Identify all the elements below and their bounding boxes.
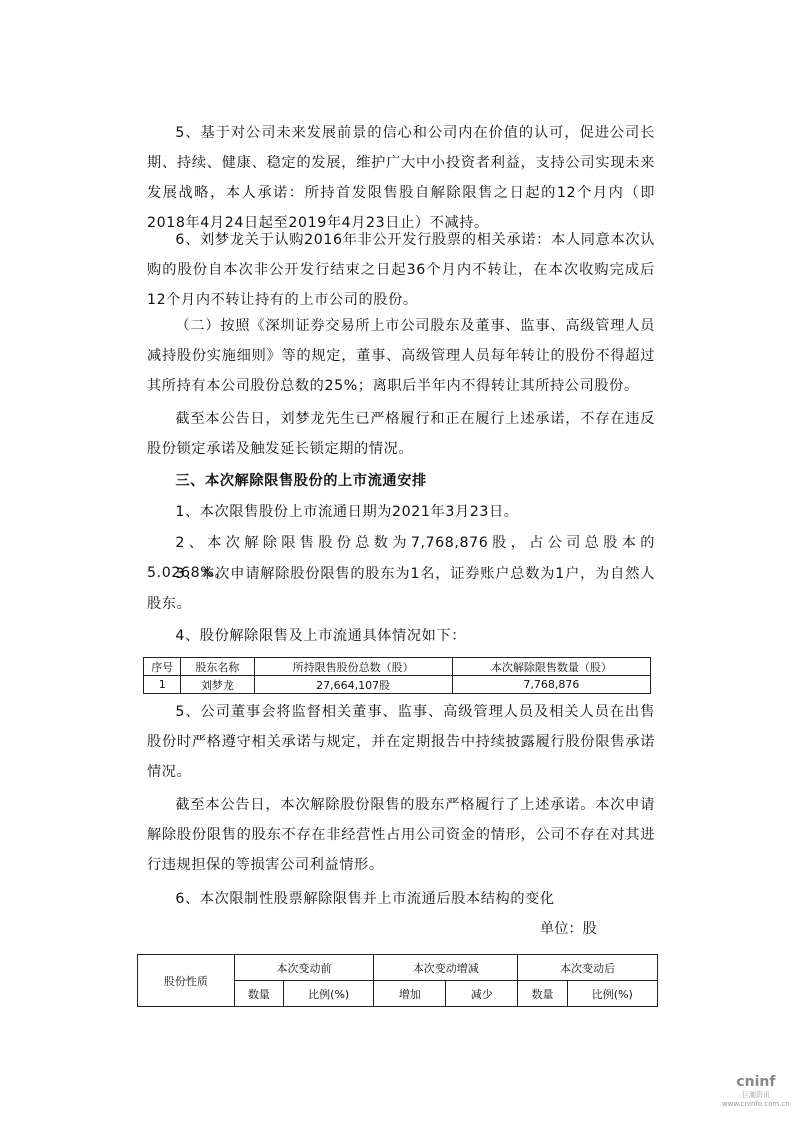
- section-heading: 三、本次解除限售股份的上市流通安排: [147, 466, 655, 496]
- unit-label: 单位：股: [540, 918, 597, 938]
- para-status: 截至本公告日，刘梦龙先生已严格履行和正在履行上述承诺，不存在违反股份锁定承诺及触…: [147, 404, 655, 464]
- item-6: 6、本次限制性股票解除限售并上市流通后股本结构的变化: [147, 884, 655, 914]
- item-4: 4、股份解除限售及上市流通具体情况如下：: [147, 621, 655, 651]
- para-5: 5、基于对公司未来发展前景的信心和公司内在价值的认可，促进公司长期、持续、健康、…: [147, 118, 655, 238]
- cninfo-logo: cninf 巨潮资讯 www.cninfo.com.cn: [722, 1074, 790, 1108]
- item-1: 1、本次限售股份上市流通日期为2021年3月23日。: [147, 497, 655, 527]
- item-5: 5、公司董事会将监督相关董事、监事、高级管理人员及相关人员在出售股份时严格遵守相…: [147, 697, 655, 787]
- item-3: 3、本次申请解除股份限售的股东为1名，证券账户总数为1户，为自然人股东。: [147, 559, 655, 619]
- share-structure-table: 股份性质本次变动前本次变动增减本次变动后 数量比例(%)增加减少数量比例(%): [137, 954, 658, 1007]
- release-table: 序号股东名称所持限售股份总数（股）本次解除限售数量（股） 1刘梦龙27,664,…: [143, 657, 651, 694]
- para-compliance: 截至本公告日，本次解除股份限售的股东严格履行了上述承诺。本次申请解除股份限售的股…: [147, 790, 655, 880]
- para-6: 6、刘梦龙关于认购2016年非公开发行股票的相关承诺：本人同意本次认购的股份自本…: [147, 225, 655, 315]
- para-2: （二）按照《深圳证券交易所上市公司股东及董事、监事、高级管理人员减持股份实施细则…: [147, 311, 655, 401]
